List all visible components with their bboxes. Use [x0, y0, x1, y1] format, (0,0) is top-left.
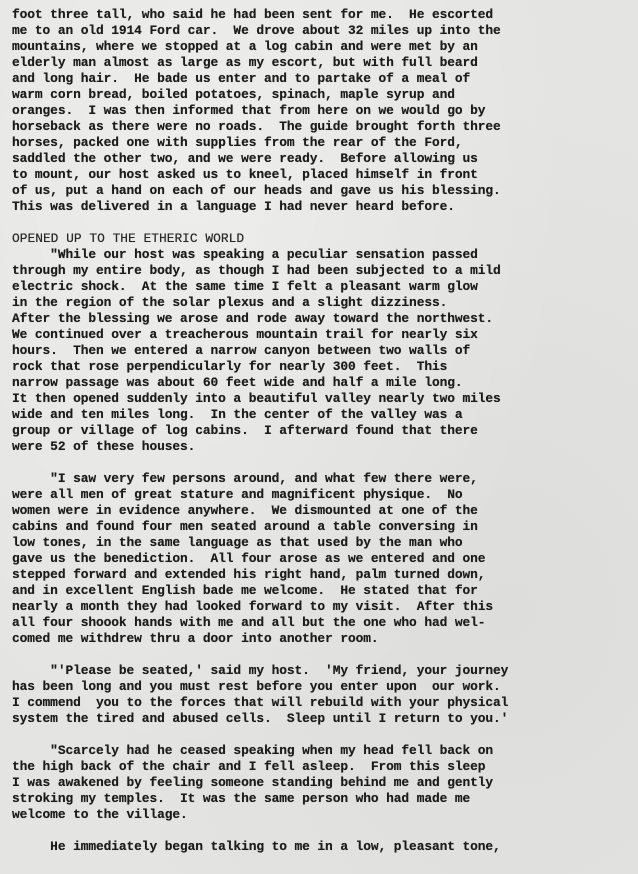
text-line: comed me withdrew thru a door into anoth…	[12, 631, 632, 647]
text-line: low tones, in the same language as that …	[12, 535, 632, 551]
text-line: It then opened suddenly into a beautiful…	[12, 391, 632, 407]
paragraph-journey: foot three tall, who said he had been se…	[12, 7, 632, 215]
text-line: cabins and found four men seated around …	[12, 519, 632, 535]
text-line: saddled the other two, and we were ready…	[12, 151, 632, 167]
paragraph-spacer	[12, 647, 632, 663]
text-line: I commend you to the forces that will re…	[12, 695, 632, 711]
text-line: "While our host was speaking a peculiar …	[12, 247, 632, 263]
text-line: "I saw very few persons around, and what…	[12, 471, 632, 487]
text-line: through my entire body, as though I had …	[12, 263, 632, 279]
section-heading: OPENED UP TO THE ETHERIC WORLD	[12, 231, 632, 247]
text-line: horseback as there were no roads. The gu…	[12, 119, 632, 135]
text-line: rock that rose perpendicularly for nearl…	[12, 359, 632, 375]
text-line: warm corn bread, boiled potatoes, spinac…	[12, 87, 632, 103]
heading-text: OPENED UP TO THE ETHERIC WORLD	[12, 231, 632, 247]
paragraph-village-men: "I saw very few persons around, and what…	[12, 471, 632, 647]
text-line: foot three tall, who said he had been se…	[12, 7, 632, 23]
text-line: gave us the benediction. All four arose …	[12, 551, 632, 567]
text-line: horses, packed one with supplies from th…	[12, 135, 632, 151]
text-line: elderly man almost as large as my escort…	[12, 55, 632, 71]
text-line: were 52 of these houses.	[12, 439, 632, 455]
text-line: electric shock. At the same time I felt …	[12, 279, 632, 295]
text-line: me to an old 1914 Ford car. We drove abo…	[12, 23, 632, 39]
text-line: to mount, our host asked us to kneel, pl…	[12, 167, 632, 183]
text-line: wide and ten miles long. In the center o…	[12, 407, 632, 423]
text-line: stepped forward and extended his right h…	[12, 567, 632, 583]
text-line: were all men of great stature and magnif…	[12, 487, 632, 503]
text-line: of us, put a hand on each of our heads a…	[12, 183, 632, 199]
paragraph-spacer	[12, 455, 632, 471]
text-line: He immediately began talking to me in a …	[12, 839, 632, 855]
text-line: welcome to the village.	[12, 807, 632, 823]
paragraph-spacer	[12, 823, 632, 839]
text-line: system the tired and abused cells. Sleep…	[12, 711, 632, 727]
text-line: narrow passage was about 60 feet wide an…	[12, 375, 632, 391]
text-line: This was delivered in a language I had n…	[12, 199, 632, 215]
paragraph-spacer	[12, 215, 632, 231]
text-line: hours. Then we entered a narrow canyon b…	[12, 343, 632, 359]
text-line: has been long and you must rest before y…	[12, 679, 632, 695]
text-line: oranges. I was then informed that from h…	[12, 103, 632, 119]
paragraph-talking: He immediately began talking to me in a …	[12, 839, 632, 855]
text-line: After the blessing we arose and rode awa…	[12, 311, 632, 327]
text-line: "Scarcely had he ceased speaking when my…	[12, 743, 632, 759]
paragraph-sleep: "Scarcely had he ceased speaking when my…	[12, 743, 632, 823]
paragraph-etheric-sensation: "While our host was speaking a peculiar …	[12, 247, 632, 455]
text-line: "'Please be seated,' said my host. 'My f…	[12, 663, 632, 679]
text-line: nearly a month they had looked forward t…	[12, 599, 632, 615]
text-line: I was awakened by feeling someone standi…	[12, 775, 632, 791]
text-line: women were in evidence anywhere. We dism…	[12, 503, 632, 519]
text-line: mountains, where we stopped at a log cab…	[12, 39, 632, 55]
text-line: and long hair. He bade us enter and to p…	[12, 71, 632, 87]
paragraph-please-be-seated: "'Please be seated,' said my host. 'My f…	[12, 663, 632, 727]
paragraph-spacer	[12, 727, 632, 743]
text-line: all four shoook hands with me and all bu…	[12, 615, 632, 631]
text-line: stroking my temples. It was the same per…	[12, 791, 632, 807]
text-line: in the region of the solar plexus and a …	[12, 295, 632, 311]
text-line: We continued over a treacherous mountain…	[12, 327, 632, 343]
text-line: the high back of the chair and I fell as…	[12, 759, 632, 775]
text-line: and in excellent English bade me welcome…	[12, 583, 632, 599]
typewritten-page: foot three tall, who said he had been se…	[12, 7, 632, 855]
text-line: group or village of log cabins. I afterw…	[12, 423, 632, 439]
